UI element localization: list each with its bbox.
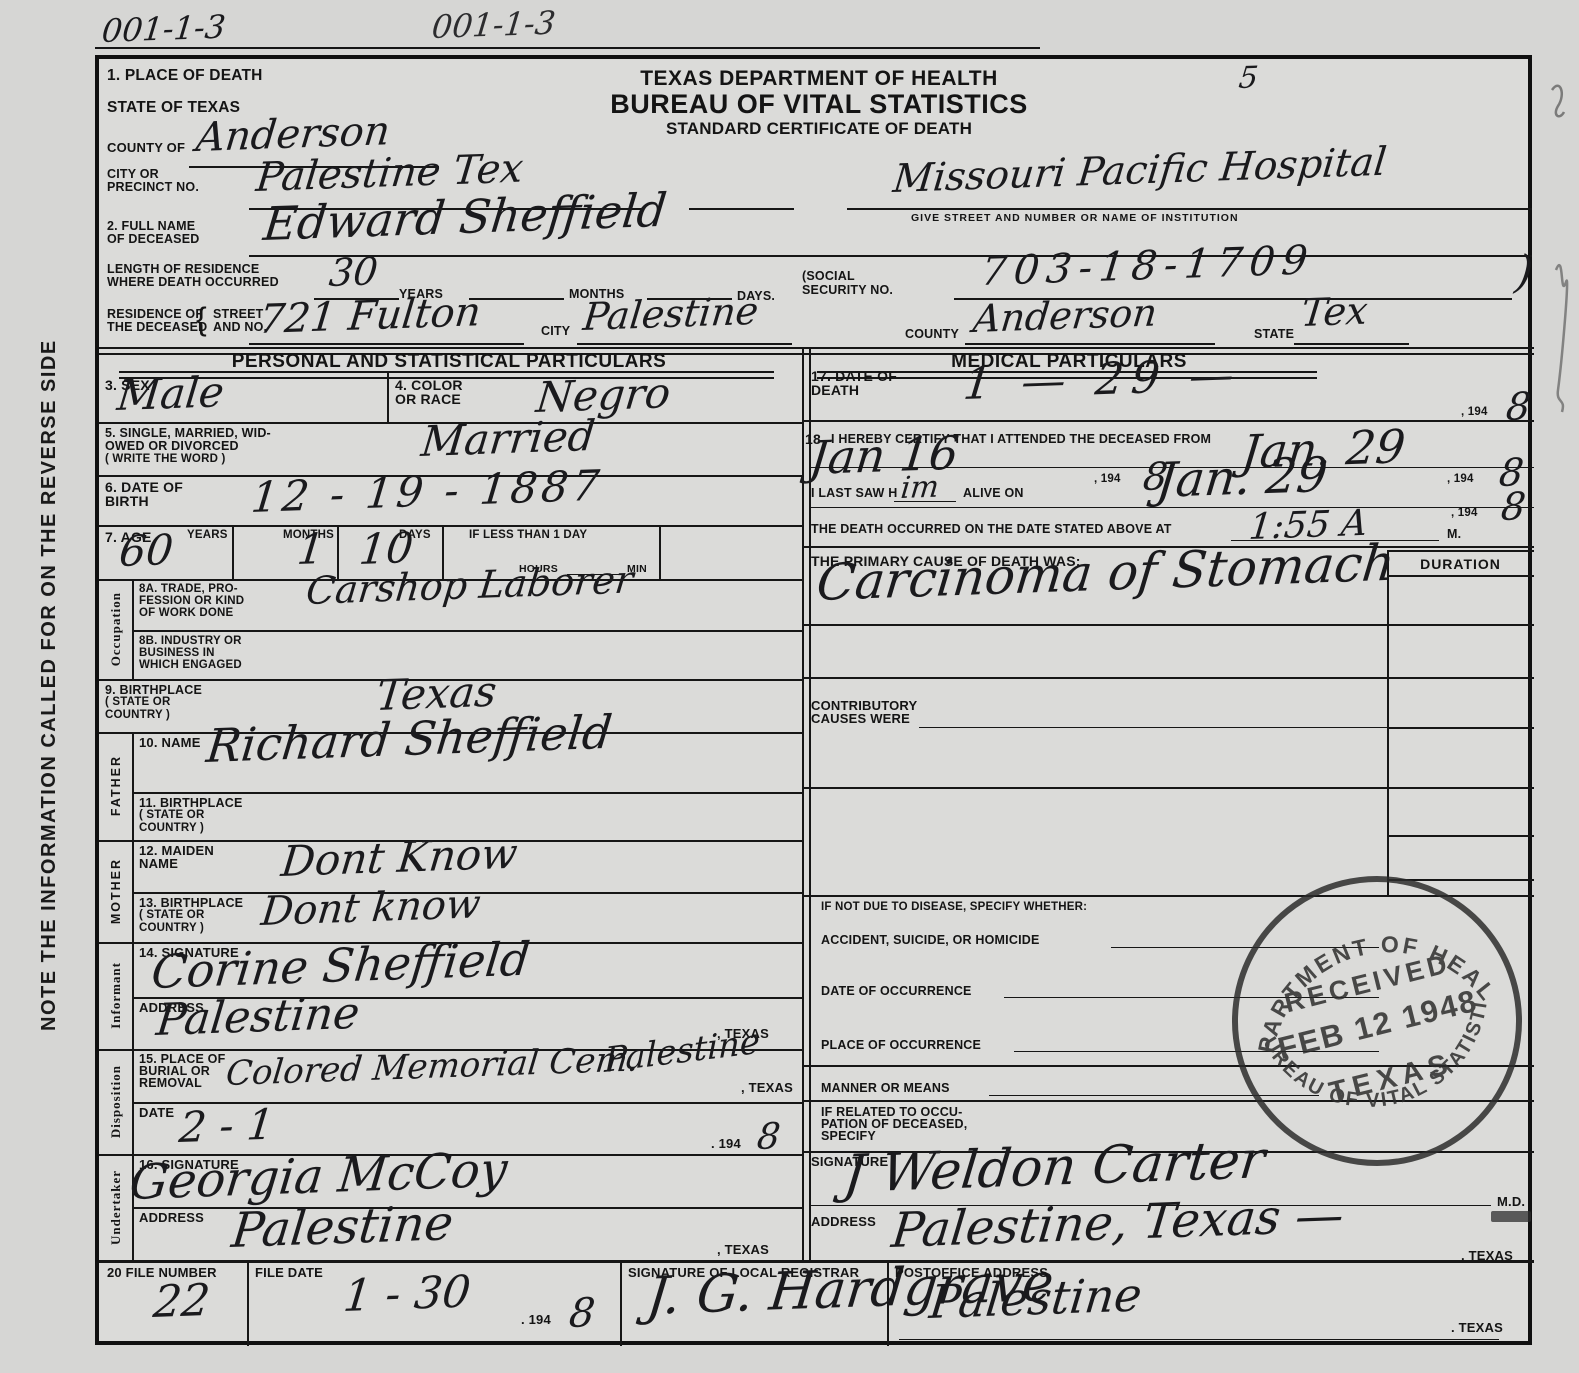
age-divider xyxy=(232,525,234,579)
age-months-value: 1 xyxy=(295,524,327,574)
county-label: COUNTY OF xyxy=(107,141,185,156)
informant-address-value: Palestine xyxy=(154,988,362,1046)
page-number-annotation: 5 xyxy=(1237,60,1260,96)
disposition-band: Disposition xyxy=(99,1049,132,1154)
duration-box-bottom xyxy=(1387,575,1534,577)
dept-title: TEXAS DEPARTMENT OF HEALTH xyxy=(519,67,1119,91)
cause-line xyxy=(802,624,1534,626)
fullname-line xyxy=(249,255,1532,257)
sex-value: Male xyxy=(115,367,226,420)
institution-line xyxy=(847,208,1532,210)
mother-band: MOTHER xyxy=(99,840,132,942)
duration-line xyxy=(1387,727,1534,729)
duration-box-top xyxy=(1387,550,1534,552)
mother-birthplace-label-3: COUNTRY ) xyxy=(139,922,204,935)
fullname-label-2: OF DECEASED xyxy=(107,232,200,246)
burial-year-hand: 8 xyxy=(755,1116,782,1158)
ink-smudge xyxy=(1491,1211,1531,1222)
file-date-year-hand: 8 xyxy=(567,1290,597,1337)
residence-county-line xyxy=(965,343,1215,345)
scanned-death-certificate: 001-1-3 001-1-3 NOTE THE INFORMATION CAL… xyxy=(0,0,1579,1373)
age-days-label: DAYS xyxy=(399,529,431,542)
age-divider xyxy=(659,525,661,579)
mother-birthplace-value: Dont know xyxy=(259,881,483,935)
mother-birthplace-label-2: ( STATE OR xyxy=(139,909,204,922)
institution-note: GIVE STREET AND NUMBER OR NAME OF INSTIT… xyxy=(911,212,1239,224)
death-date-year-printed: , 194 xyxy=(1461,406,1488,419)
residence-state-label: STATE xyxy=(1254,327,1294,341)
residence-state-line xyxy=(1294,343,1409,345)
ssn-value: 703-18-1709 xyxy=(979,237,1317,295)
age-years-value: 60 xyxy=(117,525,176,576)
trade-value: Carshop Laborer xyxy=(304,557,636,613)
place-occurrence-label: PLACE OF OCCURRENCE xyxy=(821,1038,981,1052)
duration-line xyxy=(1387,835,1534,837)
residence-state-value: Tex xyxy=(1299,288,1370,335)
death-date-label-2: DEATH xyxy=(811,382,859,398)
file-code-annotation-2: 001-1-3 xyxy=(430,4,557,46)
cause-line xyxy=(802,677,1534,679)
certificate-title: STANDARD CERTIFICATE OF DEATH xyxy=(519,119,1119,139)
residence-city-value: Palestine xyxy=(581,289,761,339)
father-birthplace-label-3: COUNTRY ) xyxy=(139,822,204,835)
certificate-form: 1. PLACE OF DEATH STATE OF TEXAS 5 TEXAS… xyxy=(95,55,1532,1345)
burial-texas: , TEXAS xyxy=(741,1081,793,1096)
manner-label: MANNER OR MEANS xyxy=(821,1081,950,1095)
file-number-value: 22 xyxy=(151,1275,212,1328)
sex-color-divider xyxy=(387,373,389,422)
maiden-value: Dont Know xyxy=(279,829,520,886)
margin-note: NOTE THE INFORMATION CALLED FOR ON THE R… xyxy=(38,295,61,1075)
duration-column-divider xyxy=(1387,550,1389,895)
father-name-value: Richard Sheffield xyxy=(204,705,615,773)
residence-county-value: Anderson xyxy=(971,290,1159,341)
file-date-year-printed: . 194 xyxy=(521,1313,551,1328)
undertaker-address-texas: , TEXAS xyxy=(717,1243,769,1258)
related-label-3: SPECIFY xyxy=(821,1129,876,1143)
accident-label: ACCIDENT, SUICIDE, OR HOMICIDE xyxy=(821,933,1040,947)
age-less-label: IF LESS THAN 1 DAY xyxy=(469,529,587,542)
father-band: FATHER xyxy=(99,732,132,840)
informant-band: Informant xyxy=(99,942,132,1049)
sub-row-line xyxy=(132,1207,802,1209)
contributory-label-2: CAUSES WERE xyxy=(811,712,910,727)
date-occurrence-label: DATE OF OCCURRENCE xyxy=(821,984,972,998)
last-saw-label-2: ALIVE ON xyxy=(963,486,1024,500)
row-line xyxy=(802,420,1534,422)
marital-label-3: ( WRITE THE WORD ) xyxy=(105,453,226,466)
city-line-2 xyxy=(689,208,794,210)
attended-from-year-printed: , 194 xyxy=(1094,473,1121,486)
last-saw-value: Jan. 29 xyxy=(1154,447,1330,509)
ssn-label-1: (SOCIAL xyxy=(802,269,855,283)
last-saw-line xyxy=(811,507,1534,508)
footer-divider xyxy=(620,1260,622,1346)
place-of-death-label: 1. PLACE OF DEATH xyxy=(107,67,263,85)
burial-city-value: Palestine xyxy=(604,1022,760,1081)
residence-label-2: THE DECEASED xyxy=(107,320,207,334)
burial-label-3: REMOVAL xyxy=(139,1076,202,1090)
cause-line xyxy=(802,787,1534,789)
postoffice-value: Palestine xyxy=(927,1267,1144,1329)
undertaker-address-value: Palestine xyxy=(229,1195,456,1259)
marital-label-2: OWED OR DIVORCED xyxy=(105,439,239,453)
color-label-2: OR RACE xyxy=(395,391,461,407)
row-line xyxy=(99,525,802,527)
dob-value: 12 - 19 - 1887 xyxy=(249,461,606,522)
top-rule xyxy=(95,47,1040,49)
months-line xyxy=(469,298,564,300)
sub-row-line xyxy=(132,792,802,794)
occupation-band: Occupation xyxy=(99,579,132,679)
industry-label-3: WHICH ENGAGED xyxy=(139,659,242,672)
death-date-value: 1 — 29 — xyxy=(961,349,1244,410)
sub-row-line xyxy=(132,630,802,632)
file-code-annotation: 001-1-3 xyxy=(100,8,227,50)
institution-value: Missouri Pacific Hospital xyxy=(891,140,1389,202)
residence-county-label: COUNTY xyxy=(905,327,959,341)
brace-glyph: { xyxy=(196,301,207,338)
city-label-2: PRECINCT NO. xyxy=(107,180,199,194)
contributory-line xyxy=(919,727,1387,728)
length-label-2: WHERE DEATH OCCURRED xyxy=(107,275,279,289)
burial-date-label: DATE xyxy=(139,1106,174,1121)
not-disease-label: IF NOT DUE TO DISEASE, SPECIFY WHETHER: xyxy=(821,901,1087,914)
residence-city-label: CITY xyxy=(541,324,570,338)
residence-city-line xyxy=(577,343,792,345)
file-date-label: FILE DATE xyxy=(255,1266,323,1281)
burial-date-value: 2 - 1 xyxy=(177,1099,276,1152)
trade-label-3: OF WORK DONE xyxy=(139,607,233,620)
father-name-label: 10. NAME xyxy=(139,736,201,751)
maiden-label-2: NAME xyxy=(139,857,178,872)
md-label: M.D. xyxy=(1497,1195,1525,1210)
birthplace-label-3: COUNTRY ) xyxy=(105,709,170,722)
burial-year-printed: . 194 xyxy=(711,1137,741,1152)
duration-label: DURATION xyxy=(1387,556,1534,572)
ssn-label-2: SECURITY NO. xyxy=(802,283,893,297)
death-date-year-hand: 8 xyxy=(1504,384,1533,429)
bureau-title: BUREAU OF VITAL STATISTICS xyxy=(519,89,1119,120)
length-value: 30 xyxy=(327,249,380,295)
street-value: 721 Fulton xyxy=(257,289,483,343)
death-occurred-label: THE DEATH OCCURRED ON THE DATE STATED AB… xyxy=(811,522,1172,536)
street-line xyxy=(249,343,524,345)
marital-value: Married xyxy=(419,411,597,466)
birthplace-label-2: ( STATE OR xyxy=(105,696,170,709)
dob-label-2: BIRTH xyxy=(105,493,149,509)
last-saw-blank xyxy=(894,501,956,502)
band-divider xyxy=(132,579,134,679)
last-saw-label-1: I LAST SAW H xyxy=(811,486,897,500)
undertaker-address-label: ADDRESS xyxy=(139,1211,204,1226)
attended-to-year-printed: , 194 xyxy=(1447,473,1474,486)
postoffice-line xyxy=(899,1339,1499,1340)
burial-place-value: Colored Memorial Cem. xyxy=(224,1039,641,1094)
postoffice-texas: . TEXAS xyxy=(1451,1321,1503,1336)
age-years-label: YEARS xyxy=(187,529,228,542)
file-date-value: 1 - 30 xyxy=(341,1266,473,1322)
father-birthplace-label-2: ( STATE OR xyxy=(139,809,204,822)
physician-address-label: ADDRESS xyxy=(811,1215,876,1230)
last-saw-year-printed: , 194 xyxy=(1451,507,1478,520)
footer-divider xyxy=(247,1260,249,1346)
death-time-m-label: M. xyxy=(1447,527,1461,541)
